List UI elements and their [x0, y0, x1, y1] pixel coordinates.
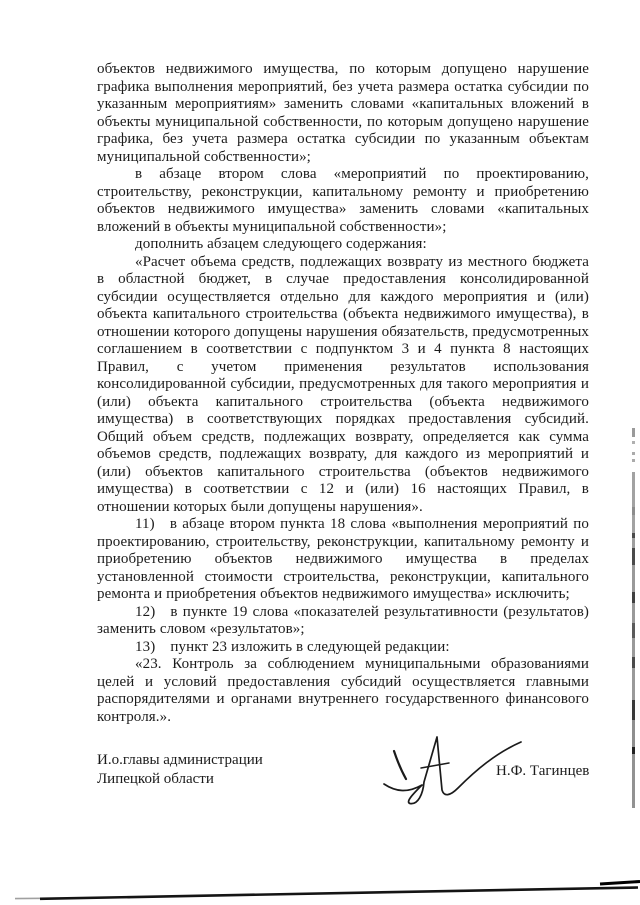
paragraph: объектов недвижимого имущества, по котор…	[97, 61, 589, 166]
paragraph: 12) в пункте 19 слова «показателей резул…	[97, 604, 589, 639]
signatory-title: И.о.главы администрации Липецкой области	[97, 751, 263, 789]
paragraph: 13) пункт 23 изложить в следующей редакц…	[97, 639, 589, 657]
scan-artifact-vertical-line	[632, 428, 635, 808]
signatory-title-line2: Липецкой области	[97, 770, 263, 789]
paragraph: в абзаце втором слова «мероприятий по пр…	[97, 166, 589, 236]
document-body: объектов недвижимого имущества, по котор…	[97, 61, 589, 726]
signatory-name: Н.Ф. Тагинцев	[496, 763, 589, 780]
paragraph: дополнить абзацем следующего содержания:	[97, 236, 589, 254]
scan-artifact-bottom-edge	[0, 878, 640, 905]
paragraph: «Расчет объема средств, подлежащих возвр…	[97, 254, 589, 517]
scanned-document-page: объектов недвижимого имущества, по котор…	[0, 0, 640, 905]
paragraph: «23. Контроль за соблюдением муниципальн…	[97, 656, 589, 726]
paragraph: 11) в абзаце втором пункта 18 слова «вып…	[97, 516, 589, 604]
signatory-title-line1: И.о.главы администрации	[97, 751, 263, 770]
